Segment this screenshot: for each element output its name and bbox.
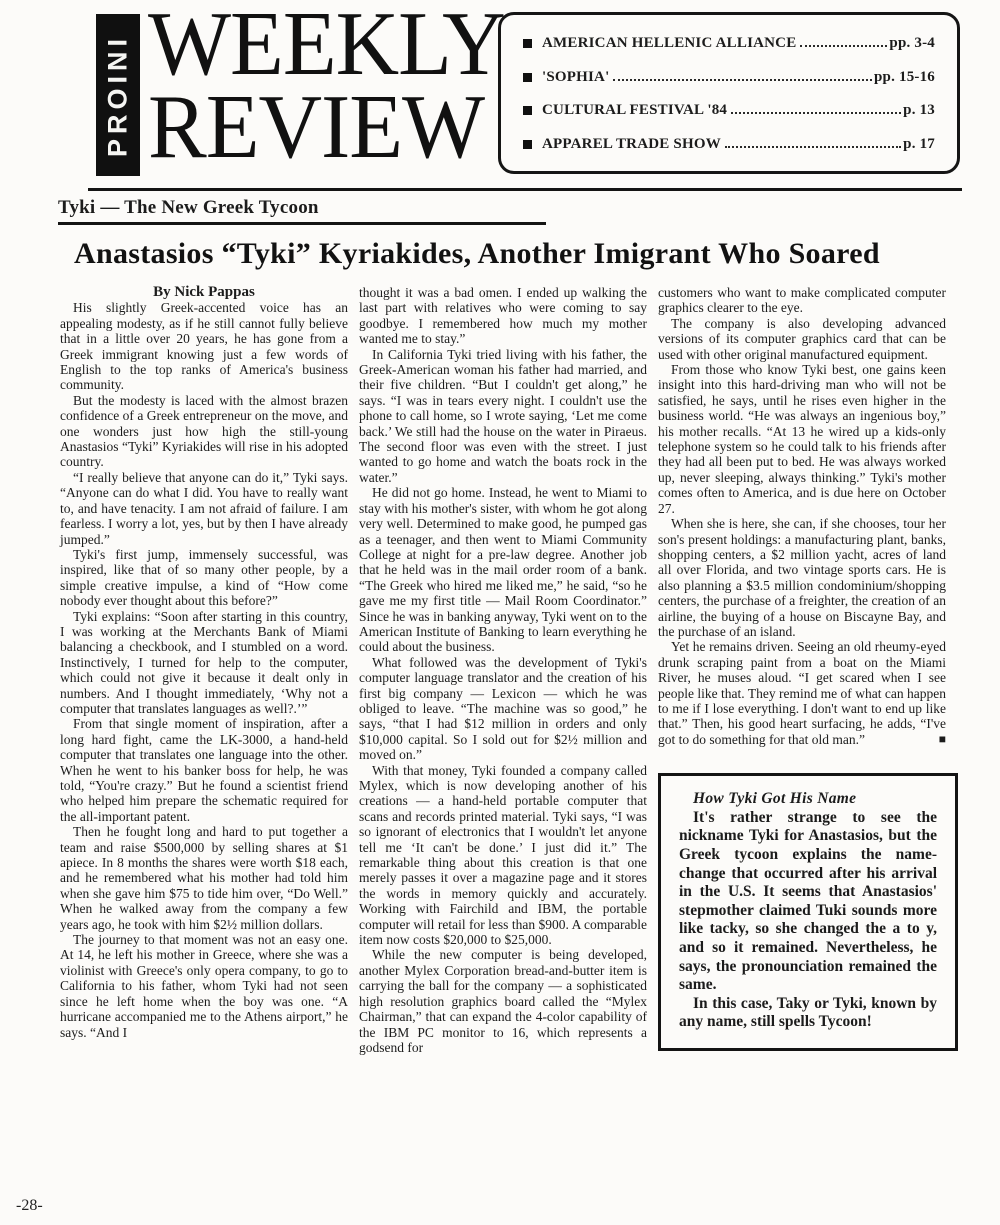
paragraph: But the modesty is laced with the almost…: [60, 393, 348, 470]
proini-vertical-logo: PROINI: [96, 14, 140, 176]
toc-item: AMERICAN HELLENIC ALLIANCEpp. 3-4: [523, 35, 935, 52]
paragraph: His slightly Greek-accented voice has an…: [60, 300, 348, 392]
toc-item-page: p. 17: [903, 136, 935, 153]
publication-title: WEEKLY REVIEW: [148, 2, 505, 167]
paragraph: In California Tyki tried living with his…: [359, 347, 647, 486]
column-2: thought it was a bad omen. I ended up wa…: [359, 285, 647, 1055]
paragraph: Yet he remains driven. Seeing an old rhe…: [658, 639, 946, 747]
square-bullet-icon: [523, 39, 532, 48]
paragraph: The journey to that moment was not an ea…: [60, 932, 348, 1040]
paragraph: Tyki's first jump, immensely successful,…: [60, 547, 348, 609]
square-bullet-icon: [523, 106, 532, 115]
kicker-underline-rule: [58, 222, 546, 225]
toc-item-label: CULTURAL FESTIVAL '84: [542, 102, 727, 119]
table-of-contents-box: AMERICAN HELLENIC ALLIANCEpp. 3-4'SOPHIA…: [498, 12, 960, 174]
square-bullet-icon: [523, 140, 532, 149]
page-number: -28-: [16, 1197, 43, 1215]
toc-item-page: pp. 3-4: [889, 35, 935, 52]
column-1: By Nick Pappas His slightly Greek-accent…: [60, 285, 348, 1055]
toc-item-page: p. 13: [903, 102, 935, 119]
paragraph: customers who want to make complicated c…: [658, 285, 946, 316]
dotted-leader: [725, 146, 901, 148]
toc-item: CULTURAL FESTIVAL '84p. 13: [523, 102, 935, 119]
dotted-leader: [800, 45, 887, 47]
paragraph: While the new computer is being develope…: [359, 947, 647, 1055]
paragraph: Tyki explains: “Soon after starting in t…: [60, 609, 348, 717]
paragraph: When she is here, she can, if she choose…: [658, 516, 946, 639]
paragraph: “I really believe that anyone can do it,…: [60, 470, 348, 547]
newspaper-page: PROINI WEEKLY REVIEW AMERICAN HELLENIC A…: [0, 0, 1000, 1225]
paragraph: With that money, Tyki founded a company …: [359, 763, 647, 948]
toc-item: APPAREL TRADE SHOWp. 17: [523, 136, 935, 153]
paragraph: thought it was a bad omen. I ended up wa…: [359, 285, 647, 347]
publication-title-line2: REVIEW: [148, 85, 505, 171]
toc-item-label: 'SOPHIA': [542, 69, 609, 86]
paragraph: Then he fought long and hard to put toge…: [60, 824, 348, 932]
toc-item-label: APPAREL TRADE SHOW: [542, 136, 721, 153]
toc-item: 'SOPHIA'pp. 15-16: [523, 69, 935, 86]
square-bullet-icon: [523, 73, 532, 82]
dotted-leader: [613, 79, 872, 81]
sidebar-title: How Tyki Got His Name: [679, 790, 937, 809]
paragraph: It's rather strange to see the nickname …: [679, 809, 937, 995]
paragraph: He did not go home. Instead, he went to …: [359, 485, 647, 654]
column-3: customers who want to make complicated c…: [658, 285, 946, 1055]
toc-item-page: pp. 15-16: [874, 69, 935, 86]
paragraph: The company is also developing advanced …: [658, 316, 946, 362]
toc-item-label: AMERICAN HELLENIC ALLIANCE: [542, 35, 796, 52]
paragraph: From those who know Tyki best, one gains…: [658, 362, 946, 516]
dotted-leader: [731, 112, 901, 114]
publication-title-line1: WEEKLY: [148, 2, 505, 88]
kicker: Tyki — The New Greek Tycoon: [58, 197, 1000, 219]
masthead: PROINI WEEKLY REVIEW AMERICAN HELLENIC A…: [0, 0, 1000, 188]
headline: Anastasios “Tyki” Kyriakides, Another Im…: [74, 237, 960, 271]
paragraph: What followed was the development of Tyk…: [359, 655, 647, 763]
masthead-divider-rule: [88, 188, 962, 191]
byline: By Nick Pappas: [60, 285, 348, 300]
paragraph: In this case, Taky or Tyki, known by any…: [679, 995, 937, 1032]
end-of-article-mark: ■: [926, 732, 946, 747]
article-body: By Nick Pappas His slightly Greek-accent…: [0, 285, 1000, 1055]
paragraph: From that single moment of inspiration, …: [60, 716, 348, 824]
sidebar-box: How Tyki Got His Name It's rather strang…: [658, 773, 958, 1051]
